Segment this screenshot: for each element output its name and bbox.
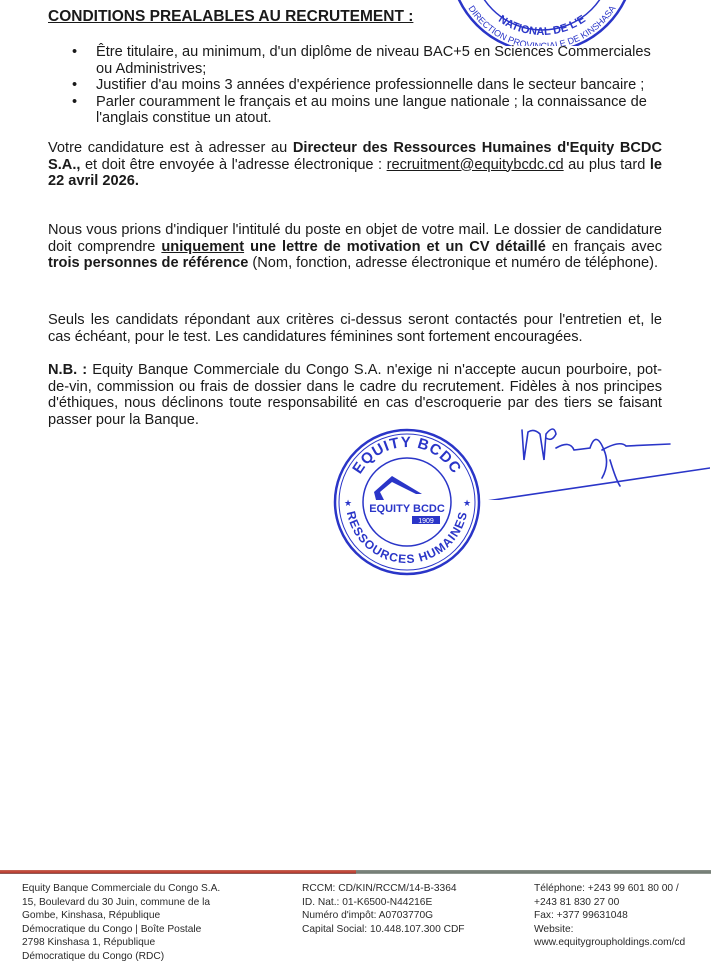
equity-roof-logo-icon bbox=[374, 476, 422, 500]
footer-contact: Téléphone: +243 99 601 80 00 / +243 81 8… bbox=[534, 882, 685, 950]
star-icon: ★ bbox=[344, 498, 352, 508]
requirements-list: •Être titulaire, au minimum, d'un diplôm… bbox=[72, 44, 664, 127]
svg-text:1909: 1909 bbox=[418, 518, 434, 525]
footer-registration: RCCM: CD/KIN/RCCM/14-B-3364 ID. Nat.: 01… bbox=[302, 882, 465, 936]
bullet-icon: • bbox=[72, 77, 77, 94]
hr-stamp: EQUITY BCDC RESSOURCES HUMAINES ★ ★ EQUI… bbox=[332, 420, 482, 580]
requirement-item: •Parler couramment le français et au moi… bbox=[72, 94, 664, 127]
svg-text:DIRECTION PROVINCIALE DE KINSH: DIRECTION PROVINCIALE DE KINSHASA bbox=[467, 4, 618, 46]
nb-paragraph: N.B. : Equity Banque Commerciale du Cong… bbox=[48, 362, 662, 428]
selection-paragraph: Seuls les candidats répondant aux critèr… bbox=[48, 312, 662, 345]
svg-text:EQUITY BCDC: EQUITY BCDC bbox=[369, 503, 445, 515]
email-link[interactable]: recruitment@equitybcdc.cd bbox=[387, 157, 564, 173]
signature bbox=[470, 420, 710, 500]
dossier-paragraph: Nous vous prions d'indiquer l'intitulé d… bbox=[48, 222, 662, 272]
footer-company-address: Equity Banque Commerciale du Congo S.A. … bbox=[22, 882, 220, 964]
requirement-item: •Être titulaire, au minimum, d'un diplôm… bbox=[72, 44, 664, 77]
application-paragraph: Votre candidature est à adresser au Dire… bbox=[48, 140, 662, 190]
website-link[interactable]: www.equitygroupholdings.com/cd bbox=[534, 936, 685, 950]
footer-divider-grey bbox=[356, 870, 711, 874]
recruitment-letter-page: NATIONAL DE L'E DIRECTION PROVINCIALE DE… bbox=[0, 0, 711, 974]
conditions-heading: CONDITIONS PREALABLES AU RECRUTEMENT : bbox=[48, 8, 413, 26]
nb-label: N.B. : bbox=[48, 362, 87, 378]
requirement-item: •Justifier d'au moins 3 années d'expérie… bbox=[72, 77, 664, 94]
footer-divider-red bbox=[0, 870, 356, 874]
svg-text:EQUITY BCDC: EQUITY BCDC bbox=[349, 434, 464, 477]
bullet-icon: • bbox=[72, 44, 77, 61]
official-stamp-top: NATIONAL DE L'E DIRECTION PROVINCIALE DE… bbox=[447, 0, 637, 46]
bullet-icon: • bbox=[72, 94, 77, 111]
